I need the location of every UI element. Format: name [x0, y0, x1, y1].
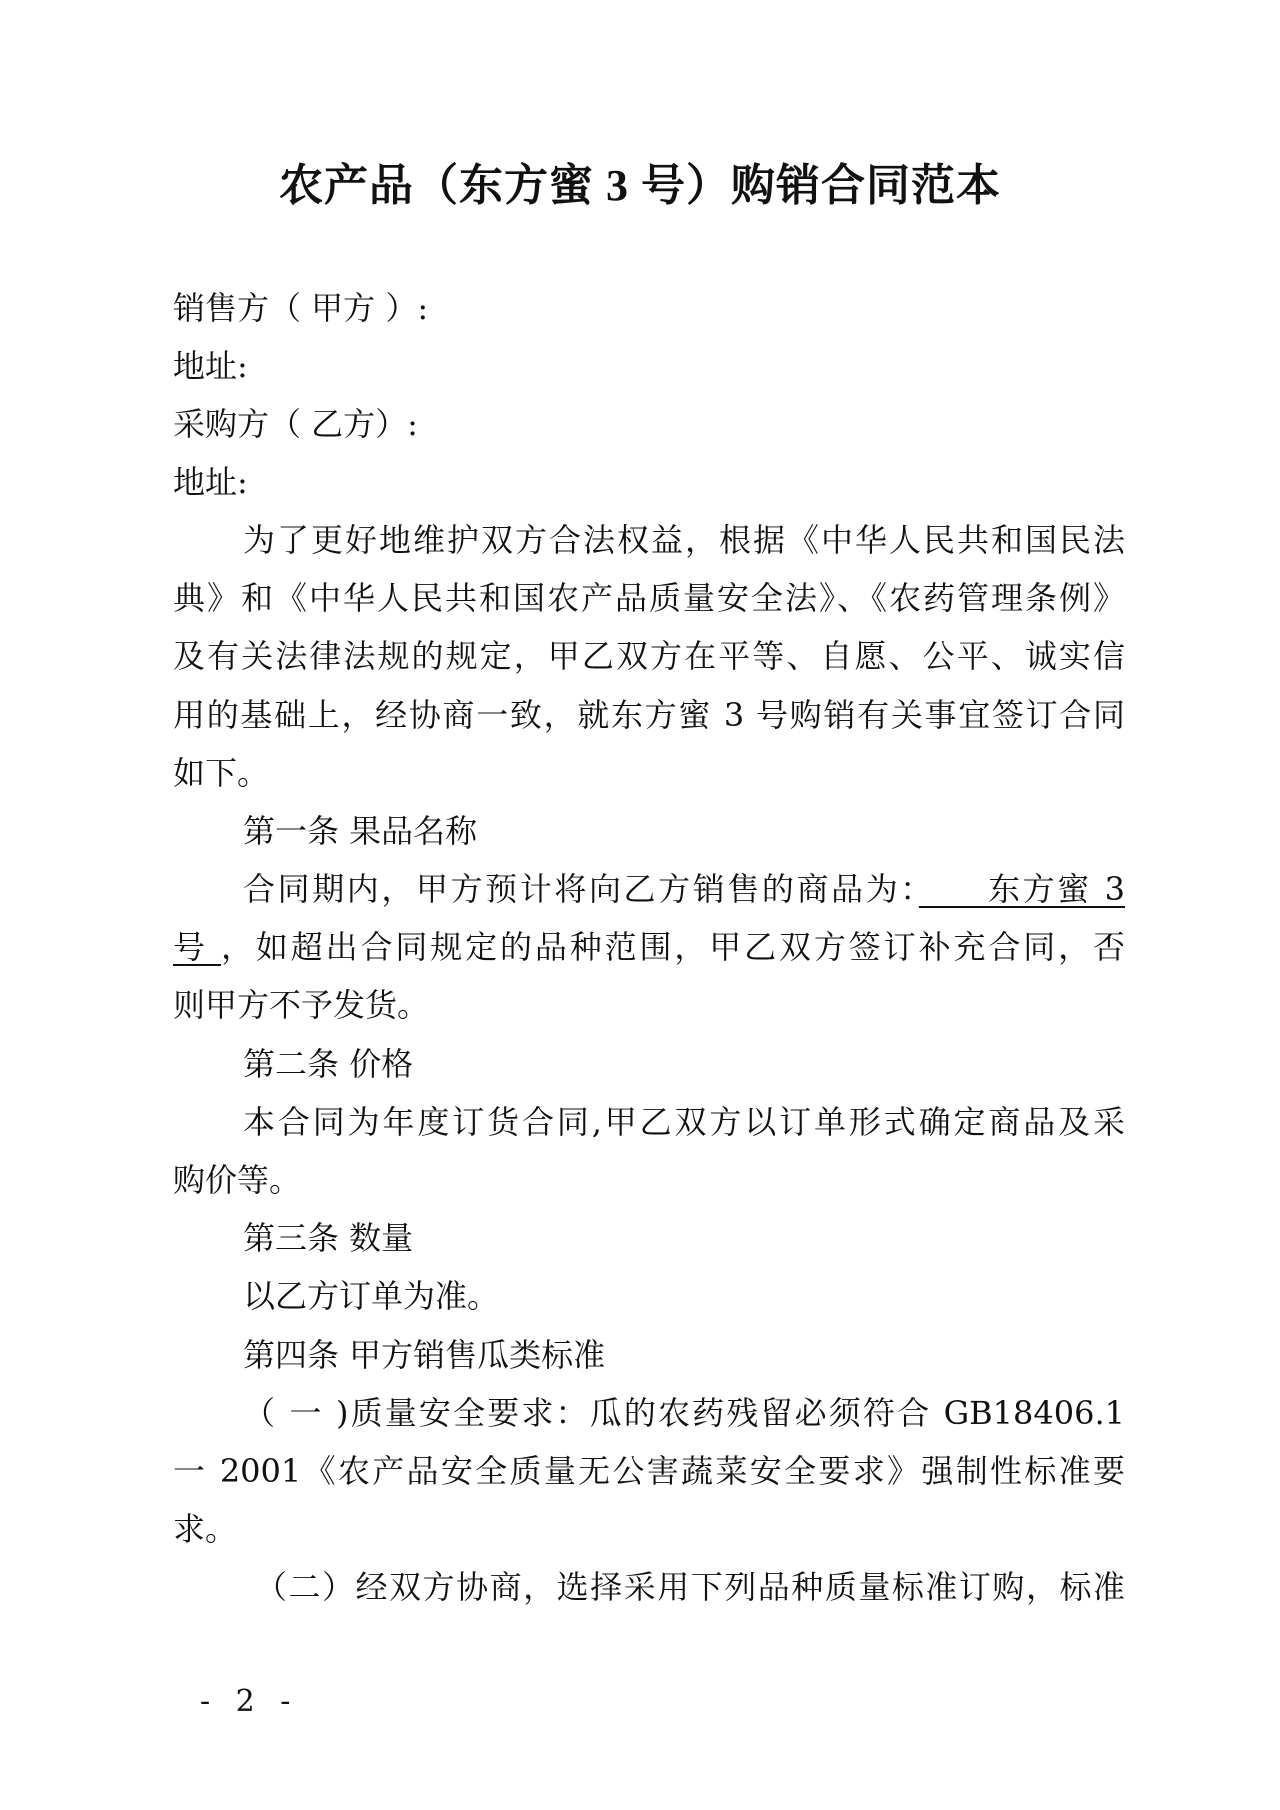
article-text-line: 本合同为年度订货合同,甲乙双方以订单形式确定商品及采 — [243, 1093, 1125, 1151]
product-name-underlined: 东方蜜 3 — [919, 870, 1125, 908]
article-text-line: 号 ，如超出合同规定的品种范围，甲乙双方签订补充合同，否 — [173, 918, 1125, 976]
article-text: ，如超出合同规定的品种范围，甲乙双方签订补充合同，否 — [221, 928, 1125, 966]
seller-address-label: 地址: — [173, 337, 1125, 395]
buyer-label: 采购方（ 乙方）: — [173, 395, 1125, 453]
preamble-line: 如下。 — [173, 744, 1125, 802]
product-name-underlined: 号 — [173, 928, 221, 966]
article-text-line: 求。 — [173, 1500, 1125, 1558]
article-heading: 第二条 价格 — [243, 1035, 1125, 1093]
article-text-line: 则甲方不予发货。 — [173, 976, 1125, 1034]
article-heading: 第三条 数量 — [243, 1209, 1125, 1267]
article-heading: 第一条 果品名称 — [243, 802, 1125, 860]
preamble-line: 典》和《中华人民共和国农产品质量安全法》、《农药管理条例》 — [173, 569, 1125, 627]
article-text-line: （ 一 )质量安全要求：瓜的农药残留必须符合 GB18406.1 — [243, 1384, 1125, 1442]
document-title: 农产品（东方蜜 3 号）购销合同范本 — [0, 158, 1280, 214]
preamble-line: 及有关法律法规的规定，甲乙双方在平等、自愿、公平、诚实信 — [173, 627, 1125, 685]
article-text-line: 以乙方订单为准。 — [243, 1267, 1125, 1325]
preamble-line: 用的基础上，经协商一致，就东方蜜 3 号购销有关事宜签订合同 — [173, 686, 1125, 744]
article-text: 合同期内，甲方预计将向乙方销售的商品为： — [243, 870, 919, 908]
article-text-line: 合同期内，甲方预计将向乙方销售的商品为： 东方蜜 3 — [243, 860, 1125, 918]
preamble-line: 为了更好地维护双方合法权益，根据《中华人民共和国民法 — [243, 511, 1125, 569]
seller-label: 销售方（ 甲方 ）: — [173, 279, 1125, 337]
page-number: - 2 - — [200, 1684, 298, 1720]
buyer-address-label: 地址: — [173, 453, 1125, 511]
article-text-line: （二）经双方协商，选择采用下列品种质量标准订购，标准 — [255, 1558, 1125, 1616]
article-text-line: 购价等。 — [173, 1151, 1125, 1209]
article-text-line: 一 2001《农产品安全质量无公害蔬菜安全要求》强制性标准要 — [173, 1442, 1125, 1500]
article-heading: 第四条 甲方销售瓜类标准 — [243, 1326, 1125, 1384]
